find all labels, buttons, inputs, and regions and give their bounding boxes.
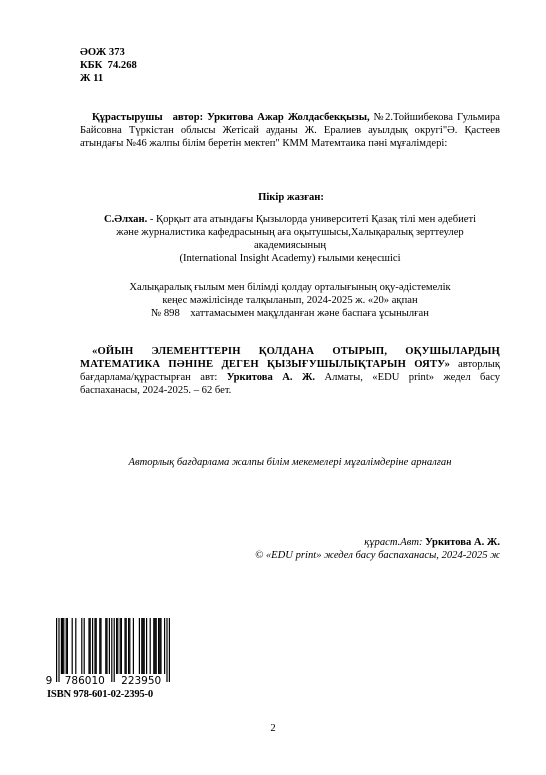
- lbc-code: КБК 74.268: [80, 59, 137, 72]
- isbn: ISBN 978-601-02-2395-0: [47, 688, 153, 701]
- compiler-label: Құрастырушы автор:: [92, 112, 203, 123]
- approval-block: Халықаралық ғылым мен білімді қолдау орт…: [80, 281, 500, 320]
- dedication: Авторлық бағдарлама жалпы білім мекемеле…: [80, 456, 500, 469]
- reviewer-name: С.Әлхан.: [104, 214, 147, 225]
- udc-code: ӘОЖ 373: [80, 46, 137, 59]
- compiler-author-name: Уркитова Ажар Жолдасбекқызы,: [207, 112, 369, 123]
- barcode-graphic: 9786010223950: [44, 616, 174, 686]
- reviewer-details: - Қорқыт ата атындағы Қызылорда универси…: [147, 214, 476, 225]
- reviewer-line-1: С.Әлхан. - Қорқыт ата атындағы Қызылорда…: [80, 213, 500, 226]
- compiler-block: Құрастырушы автор: Уркитова Ажар Жолдасб…: [80, 111, 500, 150]
- approval-line-3: № 898 хаттамасымен мақұлданған және басп…: [80, 307, 500, 320]
- svg-text:223950: 223950: [121, 675, 161, 686]
- reviewer-block: С.Әлхан. - Қорқыт ата атындағы Қызылорда…: [80, 213, 500, 265]
- citation-paragraph: «ОЙЫН ЭЛЕМЕНТТЕРІН ҚОЛДАНА ОТЫРЫП, ОҚУШЫ…: [80, 345, 500, 397]
- reviewer-heading: Пікір жазған:: [0, 191, 546, 204]
- svg-text:9: 9: [46, 675, 53, 686]
- copyright-line: © «EDU print» жедел басу баспаханасы, 20…: [255, 549, 500, 562]
- classification-codes: ӘОЖ 373 КБК 74.268 Ж 11: [80, 46, 137, 85]
- approval-line-1: Халықаралық ғылым мен білімді қолдау орт…: [80, 281, 500, 294]
- citation-author: Уркитова А. Ж.: [227, 372, 315, 383]
- compiler-details-line1: №2.Тойшибекова: [370, 112, 453, 123]
- page-number: 2: [0, 722, 546, 735]
- reviewer-line-3: (International Insight Academy) ғылыми к…: [80, 252, 500, 265]
- author-mark: Ж 11: [80, 72, 137, 85]
- compiled-author: Уркитова А. Ж.: [425, 537, 500, 548]
- svg-text:786010: 786010: [65, 675, 105, 686]
- credits-block: құраст.Авт: Уркитова А. Ж. © «EDU print»…: [255, 536, 500, 562]
- approval-line-2: кеңес мәжілісінде талқыланып, 2024-2025 …: [80, 294, 500, 307]
- compiled-by-line: құраст.Авт: Уркитова А. Ж.: [255, 536, 500, 549]
- reviewer-line-2: және журналистика кафедрасының аға оқыту…: [80, 226, 500, 252]
- compiled-label: құраст.Авт:: [364, 537, 425, 548]
- compiler-paragraph: Құрастырушы автор: Уркитова Ажар Жолдасб…: [80, 111, 500, 150]
- book-title: «ОЙЫН ЭЛЕМЕНТТЕРІН ҚОЛДАНА ОТЫРЫП, ОҚУШЫ…: [80, 346, 500, 370]
- bibliographic-citation: «ОЙЫН ЭЛЕМЕНТТЕРІН ҚОЛДАНА ОТЫРЫП, ОҚУШЫ…: [80, 345, 500, 397]
- barcode: 9786010223950: [44, 616, 174, 686]
